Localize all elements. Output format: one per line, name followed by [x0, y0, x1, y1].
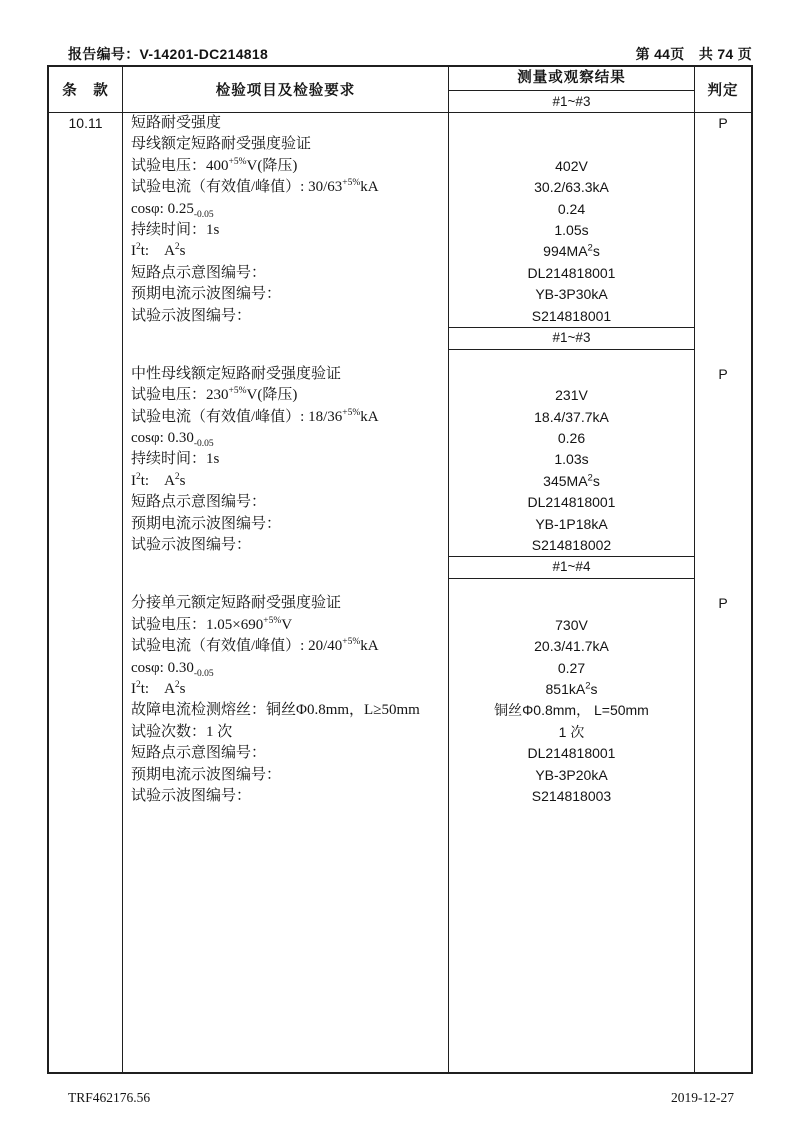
table-row: 试验示波图编号： S214818003	[49, 786, 751, 807]
item-text: 短路点示意图编号：	[123, 492, 449, 513]
item-text: 短路点示意图编号：	[123, 743, 449, 764]
result-value: 851kA2s	[449, 679, 695, 700]
item-text: 试验电压：400+5%V(降压)	[123, 156, 449, 177]
table-row: cosφ: 0.30-0.05 0.26	[49, 428, 751, 449]
item-text: 短路点示意图编号：	[123, 263, 449, 284]
page-number-info: 第 44页 共 74 页	[636, 44, 752, 64]
result-value	[449, 364, 695, 385]
item-text: 中性母线额定短路耐受强度验证	[123, 364, 449, 385]
result-value: 1.03s	[449, 449, 695, 470]
clause-number	[49, 364, 123, 385]
result-value: YB-3P20kA	[449, 765, 695, 786]
result-value: 18.4/37.7kA	[449, 407, 695, 428]
item-text: 短路耐受强度	[123, 113, 449, 134]
item-text: 预期电流示波图编号：	[123, 514, 449, 535]
verdict-value: P	[695, 364, 751, 385]
table-row: cosφ: 0.30-0.05 0.27	[49, 658, 751, 679]
item-text: 试验示波图编号：	[123, 535, 449, 556]
result-value: 1.05s	[449, 220, 695, 241]
result-value: 30.2/63.3kA	[449, 177, 695, 198]
table-row: 母线额定短路耐受强度验证	[49, 134, 751, 155]
result-value: YB-1P18kA	[449, 514, 695, 535]
item-text: cosφ: 0.25-0.05	[123, 199, 449, 220]
col-header-verdict: 判定	[695, 67, 751, 112]
footer-date: 2019-12-27	[671, 1090, 734, 1106]
item-text: I2t: A2s	[123, 241, 449, 262]
col-header-item: 检验项目及检验要求	[123, 67, 449, 112]
table-row: I2t: A2s 345MA2s	[49, 471, 751, 492]
table-row: 试验电流（有效值/峰值）: 20/40+5%kA 20.3/41.7kA	[49, 636, 751, 657]
table-row: 短路点示意图编号： DL214818001	[49, 263, 751, 284]
result-value: 730V	[449, 615, 695, 636]
result-value: 20.3/41.7kA	[449, 636, 695, 657]
result-subheader-row: #1~#3	[49, 327, 751, 350]
table-row: 试验次数：1 次 1 次	[49, 722, 751, 743]
table-row: 持续时间：1s 1.05s	[49, 220, 751, 241]
table-row: 预期电流示波图编号： YB-1P18kA	[49, 514, 751, 535]
table-row: 中性母线额定短路耐受强度验证 P	[49, 364, 751, 385]
table-row: 短路点示意图编号： DL214818001	[49, 743, 751, 764]
table-row: 短路点示意图编号： DL214818001	[49, 492, 751, 513]
table-row: I2t: A2s 851kA2s	[49, 679, 751, 700]
table-row: 分接单元额定短路耐受强度验证 P	[49, 593, 751, 614]
result-value: YB-3P30kA	[449, 284, 695, 305]
item-text: 预期电流示波图编号：	[123, 284, 449, 305]
result-subheader: #1~#4	[449, 556, 695, 579]
table-row: 预期电流示波图编号： YB-3P30kA	[49, 284, 751, 305]
result-value: S214818001	[449, 306, 695, 327]
inspection-table: 条 款 检验项目及检验要求 测量或观察结果 #1~#3 判定 10.11 短路耐…	[47, 65, 753, 1074]
table-row: 试验示波图编号： S214818001	[49, 306, 751, 327]
item-text: 试验示波图编号：	[123, 786, 449, 807]
result-value: 0.24	[449, 199, 695, 220]
report-number: 报告编号：V-14201-DC214818	[68, 44, 268, 64]
item-text: I2t: A2s	[123, 471, 449, 492]
result-value	[449, 593, 695, 614]
spacer-row	[49, 579, 751, 593]
table-row: 试验电压：230+5%V(降压) 231V	[49, 385, 751, 406]
item-text: 试验示波图编号：	[123, 306, 449, 327]
item-text: 持续时间：1s	[123, 220, 449, 241]
item-text: 试验电流（有效值/峰值）: 20/40+5%kA	[123, 636, 449, 657]
clause-number: 10.11	[49, 113, 123, 134]
col-header-result-subrange: #1~#3	[449, 90, 694, 112]
table-row: 试验电压：1.05×690+5%V 730V	[49, 615, 751, 636]
report-page: 报告编号：V-14201-DC214818 第 44页 共 74 页 条 款 检…	[0, 0, 800, 1131]
col-header-clause: 条 款	[49, 67, 123, 112]
item-text: 试验电流（有效值/峰值）: 30/63+5%kA	[123, 177, 449, 198]
result-value: DL214818001	[449, 743, 695, 764]
result-value	[449, 134, 695, 155]
result-value: 345MA2s	[449, 471, 695, 492]
footer-trf-number: TRF462176.56	[68, 1090, 150, 1106]
result-value: 402V	[449, 156, 695, 177]
verdict-value: P	[695, 113, 751, 134]
result-value: 1 次	[449, 722, 695, 743]
table-row: 10.11 短路耐受强度 P	[49, 113, 751, 134]
item-text: 预期电流示波图编号：	[123, 765, 449, 786]
table-body: 10.11 短路耐受强度 P 母线额定短路耐受强度验证 试验电压：400+5%V…	[49, 113, 751, 1072]
table-row: 试验示波图编号： S214818002	[49, 535, 751, 556]
result-value: 铜丝Φ0.8mm， L=50mm	[449, 700, 695, 721]
result-value: S214818002	[449, 535, 695, 556]
table-row: I2t: A2s 994MA2s	[49, 241, 751, 262]
table-row: 预期电流示波图编号： YB-3P20kA	[49, 765, 751, 786]
result-value: S214818003	[449, 786, 695, 807]
table-row: 试验电流（有效值/峰值）: 18/36+5%kA 18.4/37.7kA	[49, 407, 751, 428]
table-row: 试验电流（有效值/峰值）: 30/63+5%kA 30.2/63.3kA	[49, 177, 751, 198]
empty-filler-row	[49, 807, 751, 1072]
table-row: 故障电流检测熔丝：铜丝Φ0.8mm，L≥50mm 铜丝Φ0.8mm， L=50m…	[49, 700, 751, 721]
result-value: 0.26	[449, 428, 695, 449]
result-subheader-row: #1~#4	[49, 556, 751, 579]
verdict-value: P	[695, 593, 751, 614]
item-text: 试验电压：230+5%V(降压)	[123, 385, 449, 406]
item-text: 母线额定短路耐受强度验证	[123, 134, 449, 155]
item-text: 分接单元额定短路耐受强度验证	[123, 593, 449, 614]
item-text: 试验次数：1 次	[123, 722, 449, 743]
table-row: 试验电压：400+5%V(降压) 402V	[49, 156, 751, 177]
col-header-result: 测量或观察结果 #1~#3	[449, 67, 695, 112]
item-text: I2t: A2s	[123, 679, 449, 700]
result-value: DL214818001	[449, 492, 695, 513]
table-row: cosφ: 0.25-0.05 0.24	[49, 199, 751, 220]
result-value: DL214818001	[449, 263, 695, 284]
item-text: 试验电压：1.05×690+5%V	[123, 615, 449, 636]
table-header-row: 条 款 检验项目及检验要求 测量或观察结果 #1~#3 判定	[49, 67, 751, 113]
item-text: 故障电流检测熔丝：铜丝Φ0.8mm，L≥50mm	[123, 700, 449, 721]
result-value	[449, 113, 695, 134]
result-value: 0.27	[449, 658, 695, 679]
result-subheader: #1~#3	[449, 327, 695, 350]
col-header-result-title: 测量或观察结果	[449, 67, 694, 90]
clause-number	[49, 593, 123, 614]
item-text: 持续时间：1s	[123, 449, 449, 470]
result-value: 994MA2s	[449, 241, 695, 262]
item-text: cosφ: 0.30-0.05	[123, 658, 449, 679]
spacer-row	[49, 350, 751, 364]
item-text: cosφ: 0.30-0.05	[123, 428, 449, 449]
table-row: 持续时间：1s 1.03s	[49, 449, 751, 470]
result-value: 231V	[449, 385, 695, 406]
item-text: 试验电流（有效值/峰值）: 18/36+5%kA	[123, 407, 449, 428]
